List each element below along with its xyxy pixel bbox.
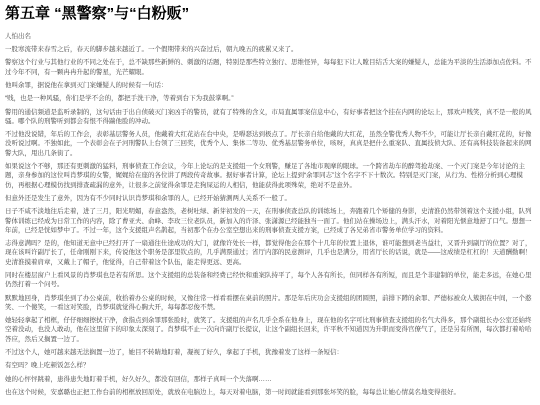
novel-page: 第五章 “黑警察”与“白粉贩” 人怕出名 一股寒流带来春雪之后，春天的脚步越来越…	[0, 0, 540, 405]
paragraph: 有空吗？晚上吃顿饭怎么样？	[5, 361, 534, 370]
chapter-title: 第五章 “黑警察”与“白粉贩”	[5, 5, 534, 24]
paragraph: 不过他没说错，年后的工作会，表彰基层警务人员，他戴着大红花站在台中央，是嘚瑟达到…	[5, 130, 534, 158]
paragraph: 他叫余罪，据说他在拿到灭门案嫌疑人的时候有一句话：	[5, 81, 534, 90]
paragraph: 但意外还是发生了意外，因为有不少同时认识肖梦琪和余罪的人，已经开始猜测两人关系不…	[5, 194, 534, 203]
paragraph: 一股寒流带来春雪之后，春天的脚步越来越近了。一个假期带来的兴奋过后，朝九晚五的疲…	[5, 45, 534, 54]
paragraph: 默默地回身，肖梦琪坐到了办公桌前，收拾着办公桌的时候，又像往常一样看看摆在桌前的…	[5, 294, 534, 313]
paragraph: 如果说这个不够，那还有更刺激的猛料，刑事侦查工作会议，今年上论坛的是支援组一个女…	[5, 162, 534, 190]
paragraph: 警察这个行业与其他行业的不同之处在于，总不缺那些新鲜的、刺激的话题，特别是那些特…	[5, 58, 534, 77]
paragraph: 不过这个人，她可越来越无法搁置一边了，她目不转睛地盯着，凝视了好久，拿起了手机，…	[5, 348, 534, 357]
paragraph: 她的心怦怦跳着，患得患失地盯着手机，好久好久，都没有回信，那样子真叫一个失落啊……	[5, 375, 534, 384]
paragraph: 同时在楼层窗户上看风景的肖梦琪也是若有所思。这个支援组的总装备和经费已经快和重案…	[5, 271, 534, 290]
paragraph: 志得意满吗？是的，他知道无意中已经打开了一扇通往仕途成功的大门，就像许处长一样，…	[5, 239, 534, 267]
paragraph: 警用的通信频道是监听录制的，这句话由于出自侦破灭门案凶手的警员，就有了特殊的含义…	[5, 108, 534, 127]
paragraph: 人怕出名	[5, 32, 534, 41]
paragraph: 她轻轻拿起了相框，仔仔细细擦拭干净，食指点到余罪那张脸时，就笑了。支援组的声名几…	[5, 316, 534, 344]
paragraph: “贱，也是一种风骚，你们是学不会的，都把手洗干净，等着到台下为我鼓掌啊。”	[5, 94, 534, 103]
paragraph: 也在这个时候，安嘉璐也正把工作台前的相框放回原处，就放在电脑边上，每天对着电脑，…	[5, 388, 534, 397]
chapter-body: 人怕出名 一股寒流带来春雪之后，春天的脚步越来越近了。一个假期带来的兴奋过后，朝…	[5, 32, 534, 398]
paragraph: 日子不咸不淡地往后走着，进了三月，阳光明媚，春意盎然，老树吐绿、新芽初发的一天，…	[5, 207, 534, 235]
